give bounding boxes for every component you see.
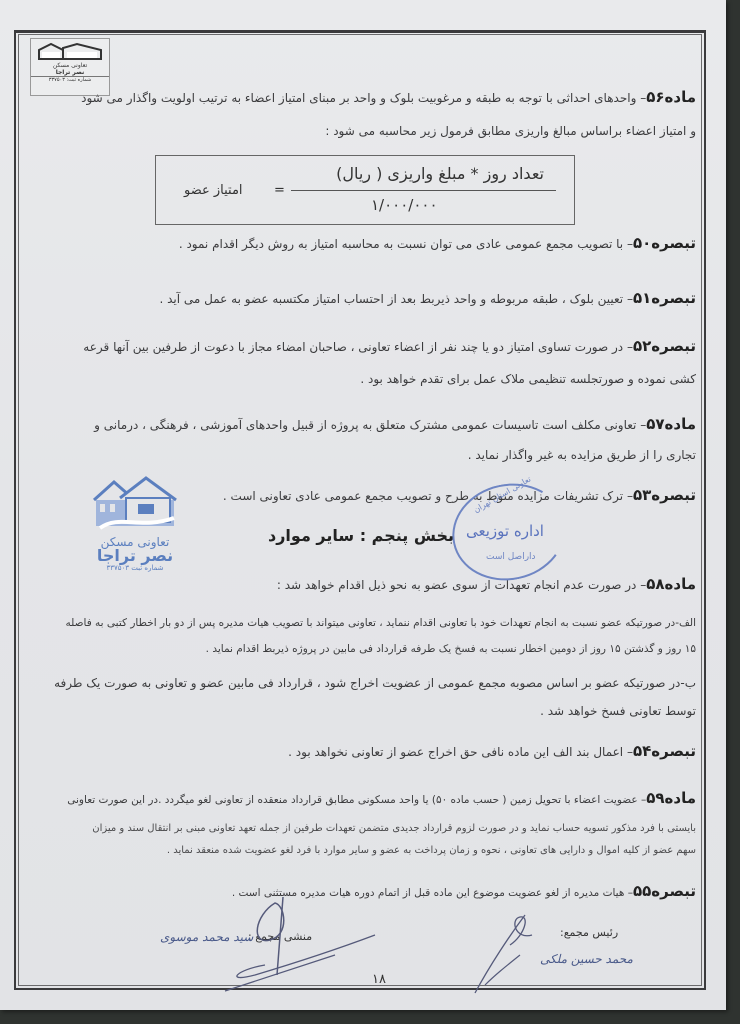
clause-text: توسط تعاونی فسخ خواهد شد .	[540, 704, 696, 718]
article-text: – تعاونی مکلف است تاسیسات عمومی مشترک مت…	[94, 418, 646, 432]
note-text: – با تصویب مجمع عمومی عادی می توان نسبت …	[179, 237, 633, 251]
note-heading: تبصره۵۴	[633, 742, 696, 760]
article-59: ماده۵۹– عضویت اعضاء با تحویل زمین ( حسب …	[26, 787, 696, 811]
article-56: ماده۵۶– واحدهای احداثی با توجه به طبقه و…	[26, 86, 696, 109]
clause-text: ۱۵ روز و گذشتن ۱۵ روز از دومین اخطار نسب…	[206, 643, 696, 655]
chair-label: رئیس مجمع:	[560, 926, 618, 939]
stamp-bottom-text: داراصل است	[486, 552, 536, 562]
article-text: – عضویت اعضاء با تحویل زمین ( حسب ماده ۵…	[67, 794, 646, 806]
article-heading: ماده۵۷	[646, 415, 696, 433]
note-heading: تبصره۵۱	[633, 289, 696, 307]
note-54: تبصره۵۴– اعمال بند الف این ماده نافی حق …	[26, 740, 696, 763]
article-59-line-3: سهم عضو از کلیه اموال و دارایی های تعاون…	[26, 840, 696, 862]
fraction-line	[291, 190, 556, 191]
article-heading: ماده۵۹	[646, 789, 696, 807]
logo-stamp-line-2: نصر تراجا	[82, 548, 188, 564]
chair-signature-icon	[470, 905, 560, 995]
article-text: و امتیاز اعضاء براساس مبالغ واریزی مطابق…	[325, 124, 696, 138]
logo-stamp-line-3: شماره ثبت ۳۳۷۵۰۳	[82, 564, 188, 573]
article-58-clause-b: ب-در صورتیکه عضو بر اساس مصوبه مجمع عموم…	[26, 672, 696, 694]
formula-equals: =	[274, 183, 285, 198]
section-title: بخش پنجم : سایر موارد	[268, 526, 454, 545]
note-heading: تبصره۵۳	[633, 486, 696, 504]
article-text: سهم عضو از کلیه اموال و دارایی های تعاون…	[167, 845, 696, 856]
page-number: ۱۸	[372, 972, 386, 987]
article-57: ماده۵۷– تعاونی مکلف است تاسیسات عمومی مش…	[26, 413, 696, 436]
article-59-line-2: بایستی با فرد مذکور تسویه حساب نماید و د…	[26, 818, 696, 840]
logo-line-2: نصر تراجا	[31, 69, 109, 76]
article-text: بایستی با فرد مذکور تسویه حساب نماید و د…	[92, 823, 696, 834]
formula-denominator: ۱/۰۰۰/۰۰۰	[371, 196, 438, 214]
cooperative-logo-stamp: تعاونی مسکن نصر تراجا شماره ثبت ۳۳۷۵۰۳	[82, 474, 188, 578]
article-58-clause-b-line-2: توسط تعاونی فسخ خواهد شد .	[26, 700, 696, 722]
note-52-line-2: کشی نموده و صورتجلسه تنظیمی ملاک عمل برا…	[26, 368, 696, 390]
article-text: – واحدهای احداثی با توجه به طبقه و مرغوب…	[81, 91, 646, 105]
note-heading: تبصره۵۲	[633, 337, 696, 355]
note-heading: تبصره۵۵	[633, 882, 696, 900]
article-text: – در صورت عدم انجام تعهدات از سوی عضو به…	[277, 578, 646, 592]
note-text: – اعمال بند الف این ماده نافی حق اخراج ع…	[288, 745, 633, 759]
clause-text: الف-در صورتیکه عضو نسبت به انجام تعهدات …	[65, 617, 696, 629]
logo-line-3: شماره ثبت: ۳۳۷۵۰۳	[31, 76, 109, 84]
article-57-line-2: تجاری را از طریق مزایده به غیر واگذار نم…	[26, 444, 696, 466]
house-roof-icon	[37, 42, 103, 60]
note-50: تبصره۵۰– با تصویب مجمع عمومی عادی می توا…	[26, 232, 696, 255]
document-page: تعاونی مسکن نصر تراجا شماره ثبت: ۳۳۷۵۰۳ …	[0, 0, 726, 1010]
article-heading: ماده۵۸	[646, 575, 696, 593]
note-heading: تبصره۵۰	[633, 234, 696, 252]
formula-numerator: تعداد روز * مبلغ واریزی ( ریال)	[336, 164, 544, 183]
score-formula: تعداد روز * مبلغ واریزی ( ریال) ۱/۰۰۰/۰۰…	[155, 155, 575, 225]
article-58-clause-a: الف-در صورتیکه عضو نسبت به انجام تعهدات …	[26, 612, 696, 634]
clause-text: ب-در صورتیکه عضو بر اساس مصوبه مجمع عموم…	[54, 676, 696, 690]
note-text: – در صورت تساوی امتیاز دو یا چند نفر از …	[83, 340, 633, 354]
note-text: – ترک تشریفات مزایده منوط به طرح و تصویب…	[223, 489, 633, 503]
note-51: تبصره۵۱– تعیین بلوک ، طبقه مربوطه و واحد…	[26, 287, 696, 310]
note-text: کشی نموده و صورتجلسه تنظیمی ملاک عمل برا…	[360, 372, 696, 386]
secretary-signature-icon	[215, 895, 375, 995]
article-text: تجاری را از طریق مزایده به غیر واگذار نم…	[468, 448, 696, 462]
note-text: – تعیین بلوک ، طبقه مربوطه و واحد ذیربط …	[160, 292, 633, 306]
article-56-line-2: و امتیاز اعضاء براساس مبالغ واریزی مطابق…	[26, 120, 696, 142]
stamp-main-text: اداره توزیعی	[466, 522, 544, 540]
formula-lhs: امتیاز عضو	[184, 183, 243, 198]
article-heading: ماده۵۶	[646, 88, 696, 106]
logo-line-1: تعاونی مسکن	[31, 62, 109, 69]
note-52: تبصره۵۲– در صورت تساوی امتیاز دو یا چند …	[26, 335, 696, 358]
article-58-clause-a-line-2: ۱۵ روز و گذشتن ۱۵ روز از دومین اخطار نسب…	[26, 638, 696, 660]
houses-icon	[90, 474, 180, 530]
